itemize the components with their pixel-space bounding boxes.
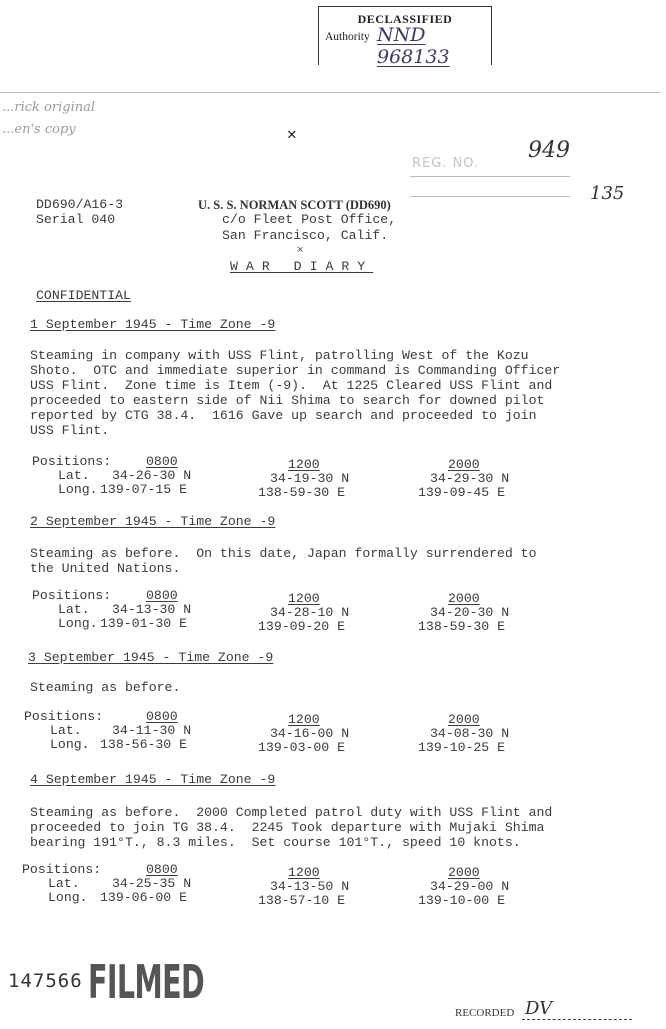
position-time: 2000 — [448, 591, 480, 606]
classification: CONFIDENTIAL — [36, 288, 131, 303]
position-long: 138-57-10 E — [258, 893, 345, 908]
declassified-stamp: DECLASSIFIED Authority NND 968133 — [318, 6, 492, 65]
entry-body-line: the United Nations. — [30, 561, 180, 576]
document-title: WAR DIARY — [230, 259, 373, 274]
position-time: 2000 — [448, 865, 480, 880]
entry-body-line: USS Flint. — [30, 423, 109, 438]
entry-body-line: bearing 191°T., 8.3 miles. Set course 10… — [30, 835, 521, 850]
positions-label: Positions: — [22, 862, 101, 877]
file-code: DD690/A16-3 — [36, 197, 123, 212]
position-lat: 34-13-30 N — [112, 602, 191, 617]
serial-number: Serial 040 — [36, 212, 115, 227]
authority-label: Authority — [325, 31, 370, 43]
entry-body-line: USS Flint. Zone time is Item (-9). At 12… — [30, 378, 552, 393]
position-long: 138-56-30 E — [100, 737, 187, 752]
entry-body-line: Steaming in company with USS Flint, patr… — [30, 348, 529, 363]
position-long: 139-01-30 E — [100, 616, 187, 631]
entry-body-line: Steaming as before. On this date, Japan … — [30, 546, 536, 561]
entry-body-line: proceeded to eastern side of Nii Shima t… — [30, 393, 544, 408]
position-long: 139-09-45 E — [418, 485, 505, 500]
lat-label: Lat. — [58, 602, 90, 617]
position-time: 1200 — [288, 457, 320, 472]
reg-second-value: 135 — [590, 183, 624, 204]
positions-label: Positions: — [32, 588, 111, 603]
entry-body-line: reported by CTG 38.4. 1616 Gave up searc… — [30, 408, 536, 423]
position-lat: 34-19-30 N — [270, 471, 349, 486]
filmed-stamp: FILMED — [88, 955, 204, 1009]
reg-no-value: 949 — [528, 138, 570, 163]
address-line-1: c/o Fleet Post Office, — [222, 212, 396, 227]
entry-heading: 2 September 1945 - Time Zone -9 — [30, 514, 275, 529]
entry-heading: 3 September 1945 - Time Zone -9 — [28, 650, 273, 665]
position-lat: 34-25-35 N — [112, 876, 191, 891]
positions-label: Positions: — [32, 454, 111, 469]
position-time: 0800 — [146, 862, 178, 877]
lat-label: Lat. — [48, 876, 80, 891]
position-time: 0800 — [146, 454, 178, 469]
position-lat: 34-29-00 N — [430, 879, 509, 894]
long-label: Long. — [48, 890, 88, 905]
position-long: 138-59-30 E — [418, 619, 505, 634]
handwritten-note-line1: ...rick original — [2, 100, 95, 115]
position-long: 139-07-15 E — [100, 482, 187, 497]
entry-body-line: Shoto. OTC and immediate superior in com… — [30, 363, 560, 378]
long-label: Long. — [58, 616, 98, 631]
position-lat: 34-28-10 N — [270, 605, 349, 620]
lat-label: Lat. — [58, 468, 90, 483]
faint-rule — [0, 92, 660, 93]
position-long: 139-06-00 E — [100, 890, 187, 905]
position-lat: 34-29-30 N — [430, 471, 509, 486]
position-long: 138-59-30 E — [258, 485, 345, 500]
reg-rule-2 — [410, 196, 570, 197]
position-time: 1200 — [288, 865, 320, 880]
position-long: 139-10-25 E — [418, 740, 505, 755]
address-line-2: San Francisco, Calif. — [222, 228, 388, 243]
position-time: 1200 — [288, 591, 320, 606]
position-long: 139-09-20 E — [258, 619, 345, 634]
reg-rule-1 — [410, 176, 570, 177]
position-long: 139-10-00 E — [418, 893, 505, 908]
position-lat: 34-13-50 N — [270, 879, 349, 894]
ship-name: U. S. S. NORMAN SCOTT (DD690) — [198, 198, 391, 213]
position-lat: 34-26-30 N — [112, 468, 191, 483]
long-label: Long. — [50, 737, 90, 752]
position-time: 2000 — [448, 457, 480, 472]
recorded-signature-line — [522, 1019, 632, 1020]
long-label: Long. — [58, 482, 98, 497]
position-time: 0800 — [146, 709, 178, 724]
position-long: 139-03-00 E — [258, 740, 345, 755]
entry-body-line: Steaming as before. 2000 Completed patro… — [30, 805, 552, 820]
position-lat: 34-08-30 N — [430, 726, 509, 741]
entry-body-line: proceeded to join TG 38.4. 2245 Took dep… — [30, 820, 544, 835]
position-time: 2000 — [448, 712, 480, 727]
entry-heading: 4 September 1945 - Time Zone -9 — [30, 772, 275, 787]
reg-no-label: REG. NO. — [412, 156, 479, 171]
x-mark-icon: ✕ — [287, 124, 297, 144]
film-number: 147566 — [8, 970, 83, 992]
lat-label: Lat. — [50, 723, 82, 738]
x-mark-small-icon: × — [297, 245, 304, 257]
recorded-label: RECORDED — [455, 1007, 514, 1019]
handwritten-note-line2: ...en's copy — [2, 122, 76, 137]
position-lat: 34-20-30 N — [430, 605, 509, 620]
position-time: 1200 — [288, 712, 320, 727]
positions-label: Positions: — [24, 709, 103, 724]
position-lat: 34-16-00 N — [270, 726, 349, 741]
recorded-initials: DV — [525, 998, 552, 1019]
position-lat: 34-11-30 N — [112, 723, 191, 738]
entry-body-line: Steaming as before. — [30, 680, 180, 695]
position-time: 0800 — [146, 588, 178, 603]
authority-number: NND 968133 — [377, 24, 491, 68]
entry-heading: 1 September 1945 - Time Zone -9 — [30, 317, 275, 332]
